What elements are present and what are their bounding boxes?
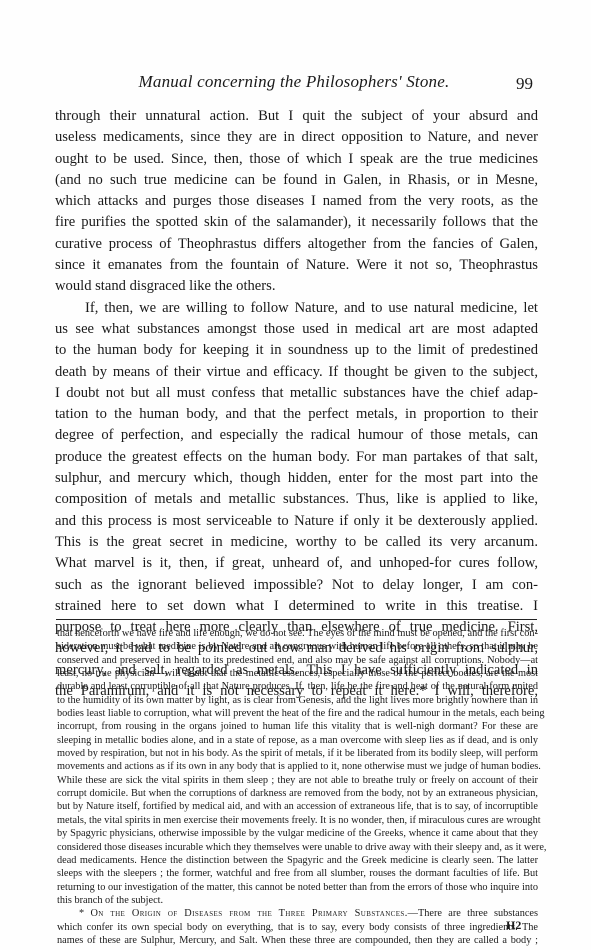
- footnote-line: least, no true physician—will doubt that…: [57, 667, 538, 680]
- footnote-line: names of these are Sulphur, Mercury, and…: [57, 934, 538, 947]
- body-line: such as the ignorant believed impossible…: [55, 575, 538, 596]
- footnote-line: movements and actions as if its own in a…: [57, 760, 538, 773]
- paragraph-start-line: If, then, we are willing to follow Natur…: [55, 298, 538, 319]
- body-line: This is the great secret in medicine, wo…: [55, 532, 538, 553]
- footnote-line: sleeps with the sleepers ; the former, w…: [57, 867, 538, 880]
- footnote-line: by Spagyric physicians, otherwise imposs…: [57, 827, 538, 840]
- footnote-line: incorrupt, from rousing in the organs jo…: [57, 720, 538, 733]
- body-line: would stand disgraced like the others.: [55, 276, 538, 297]
- footnote-line: dead medicaments. Hence the distinction …: [57, 854, 538, 867]
- footnote-line: moved by respiration, but not in his bod…: [57, 747, 538, 760]
- footnote-heading-line: * On the Origin of Diseases from the Thr…: [57, 907, 538, 920]
- footnote-line: but by Nature itself, fortified by medic…: [57, 800, 538, 813]
- footnote-line: durable and least corruptible of all tha…: [57, 680, 538, 693]
- body-line: useless medicaments, since they are in d…: [55, 127, 538, 148]
- body-line: to the human body for keeping it in soun…: [55, 340, 538, 361]
- body-line: I doubt not but all must confess that me…: [55, 383, 538, 404]
- footnote-heading: On the Origin of Diseases from the Three…: [90, 908, 407, 919]
- body-line: ought to be used. Since, then, those of …: [55, 149, 538, 170]
- footnote-line: corrupt domicile. But when the corruptio…: [57, 787, 538, 800]
- footnote-line: While these are sick the vital spirits i…: [57, 774, 538, 787]
- book-page: Manual concerning the Philosophers' Ston…: [0, 0, 591, 950]
- body-line: fire purifies the spotted skin of the sa…: [55, 212, 538, 233]
- footnote-line: to the humidity of its own matter by lig…: [57, 694, 538, 707]
- body-line: strained here to set down what I determi…: [55, 596, 538, 617]
- body-line: death by means of their virtue and effic…: [55, 362, 538, 383]
- page-number: 99: [516, 74, 533, 94]
- footnote-marker: *: [79, 908, 84, 919]
- body-line: (and no such true medicine can be found …: [55, 170, 538, 191]
- footnote-line: that henceforth we have fire and life en…: [57, 627, 538, 640]
- signature-mark: H2: [506, 918, 521, 933]
- body-line: curative process of Theophrastus differs…: [55, 234, 538, 255]
- body-line: since it emanates from the fountain of N…: [55, 255, 538, 276]
- running-title: Manual concerning the Philosophers' Ston…: [134, 72, 454, 92]
- body-line: through their unnatural action. But I qu…: [55, 106, 538, 127]
- body-line: sulphur, and mercury which, though hidde…: [55, 468, 538, 489]
- body-line: and this process is most serviceable to …: [55, 511, 538, 532]
- footnote-line: which confer its own special body on eve…: [57, 921, 538, 934]
- body-line: composition of metals and metallic subst…: [55, 489, 538, 510]
- footnote-line: metals, the vital spirits in men exercis…: [57, 814, 538, 827]
- footnote-line: sleeping in metallic bodies alone, and i…: [57, 734, 538, 747]
- footnote-line: bodies least liable to corruption, what …: [57, 707, 538, 720]
- footnotes: that henceforth we have fire and life en…: [57, 627, 538, 947]
- footnote-line: sideration must be what medicine is by N…: [57, 640, 538, 653]
- footnote-line: considered those diseases incurable whic…: [57, 841, 538, 854]
- footnote-line: conserved and preserved in health to its…: [57, 654, 538, 667]
- body-line: produce the greatest effects on the huma…: [55, 447, 538, 468]
- running-head: Manual concerning the Philosophers' Ston…: [0, 72, 591, 96]
- footnote-line: returning to our investigation of the ma…: [57, 881, 538, 894]
- footnote-rule: [56, 619, 537, 620]
- body-text: through their unnatural action. But I qu…: [55, 106, 538, 702]
- body-line: degree of perfection, and especially the…: [55, 425, 538, 446]
- footnote-line: this branch of the subject.: [57, 894, 538, 907]
- body-line: which attacks and purges those diseases …: [55, 191, 538, 212]
- body-line: us see what substances amongst those use…: [55, 319, 538, 340]
- body-line: tation to the human body, and that the p…: [55, 404, 538, 425]
- body-line: What marvel is it, then, if great, unhea…: [55, 553, 538, 574]
